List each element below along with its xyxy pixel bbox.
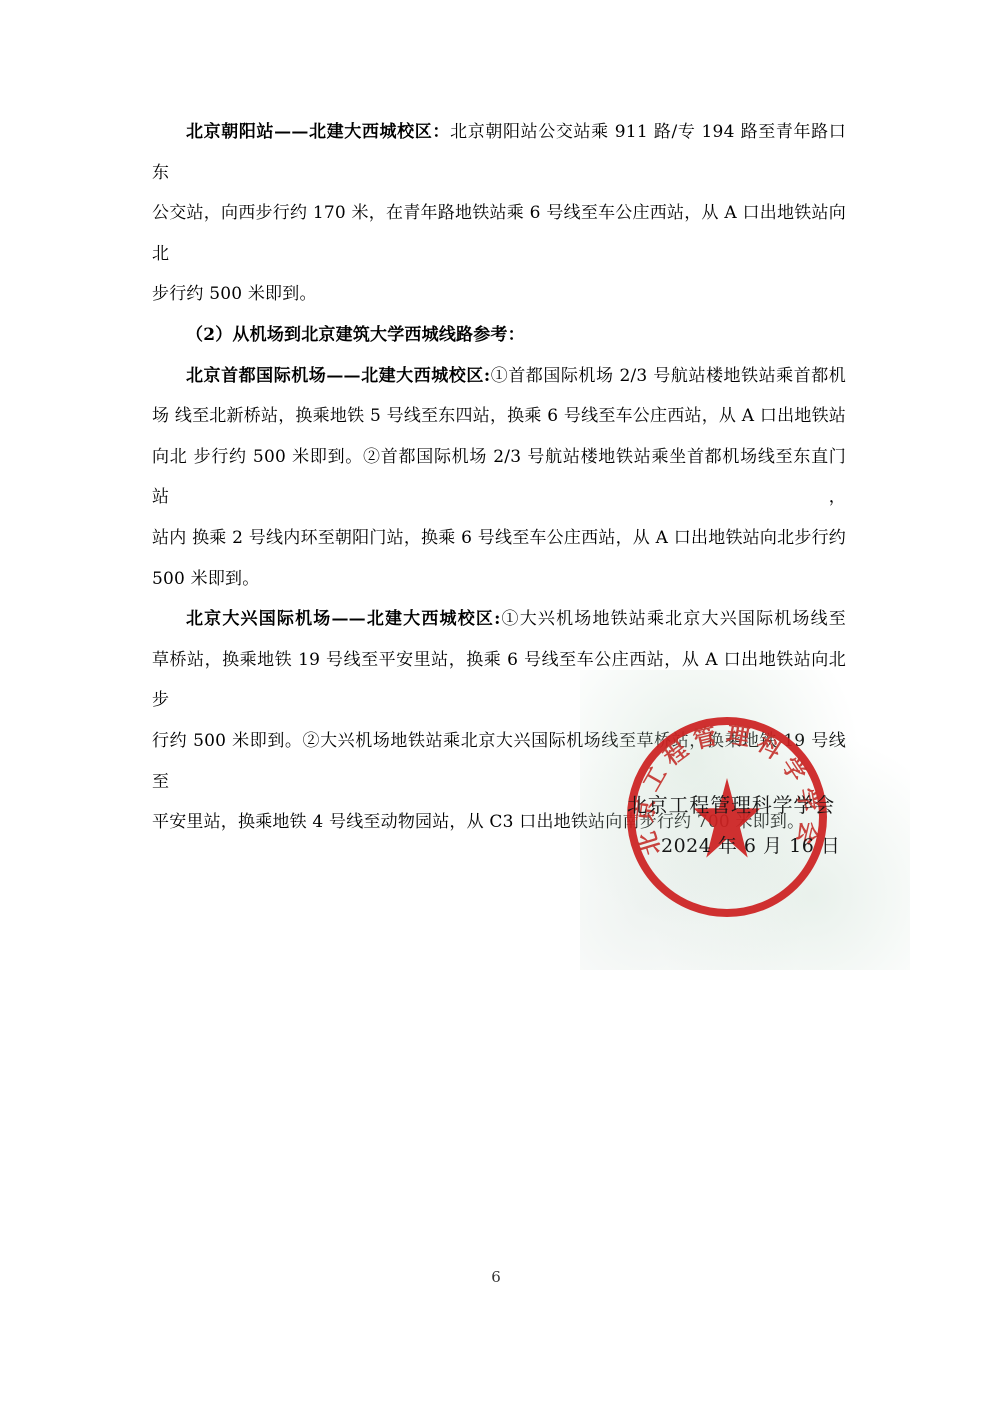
text-line: 站内 换乘 2 号线内环至朝阳门站，换乘 6 号线至车公庄西站，从 A 口出地铁… — [152, 518, 846, 559]
text-run: 向北 步行约 500 米即到。②首都国际机场 2/3 号航站楼地铁站乘坐首都机场… — [152, 447, 846, 508]
heading-run: 北京大兴国际机场——北建大西城校区: — [186, 609, 501, 629]
text-line: 场 线至北新桥站，换乘地铁 5 号线至东四站，换乘 6 号线至车公庄西站，从 A… — [152, 396, 846, 437]
signature-date: 2024 年 6 月 16 日 — [661, 831, 840, 858]
text-line: 北京首都国际机场——北建大西城校区:①首都国际机场 2/3 号航站楼地铁站乘首都… — [152, 356, 846, 397]
text-line: 公交站，向西步行约 170 米，在青年路地铁站乘 6 号线至车公庄西站，从 A … — [152, 193, 846, 274]
signature-org-name: 北京工程管理科学学会 — [627, 789, 835, 818]
document-page: 北京朝阳站——北建大西城校区：北京朝阳站公交站乘 911 路/专 194 路至青… — [0, 0, 992, 1403]
text-run: 场 线至北新桥站，换乘地铁 5 号线至东四站，换乘 6 号线至车公庄西站，从 A… — [152, 406, 846, 426]
text-line: 北京大兴国际机场——北建大西城校区:①大兴机场地铁站乘北京大兴国际机场线至 — [152, 599, 846, 640]
text-line: 向北 步行约 500 米即到。②首都国际机场 2/3 号航站楼地铁站乘坐首都机场… — [152, 437, 846, 518]
text-run: 公交站，向西步行约 170 米，在青年路地铁站乘 6 号线至车公庄西站，从 A … — [152, 203, 846, 264]
heading-run: 北京朝阳站——北建大西城校区： — [186, 122, 450, 142]
text-line: （2）从机场到北京建筑大学西城线路参考： — [152, 315, 846, 356]
heading-run: 北京首都国际机场——北建大西城校区: — [186, 366, 490, 386]
text-line: 北京朝阳站——北建大西城校区：北京朝阳站公交站乘 911 路/专 194 路至青… — [152, 112, 846, 193]
page-number: 6 — [0, 1268, 992, 1286]
text-run: 草桥站，换乘地铁 19 号线至平安里站，换乘 6 号线至车公庄西站，从 A 口出… — [152, 650, 846, 711]
text-line: 500 米即到。 — [152, 559, 846, 600]
text-run: ①首都国际机场 2/3 号航站楼地铁站乘首都机 — [490, 366, 846, 386]
heading-run: （2）从机场到北京建筑大学西城线路参考： — [186, 325, 525, 345]
text-run: 步行约 500 米即到。 — [152, 284, 317, 304]
text-run: 站内 换乘 2 号线内环至朝阳门站，换乘 6 号线至车公庄西站，从 A 口出地铁… — [152, 528, 846, 548]
text-line: 步行约 500 米即到。 — [152, 274, 846, 315]
text-run: 500 米即到。 — [152, 569, 259, 589]
text-run: ①大兴机场地铁站乘北京大兴国际机场线至 — [501, 609, 846, 629]
